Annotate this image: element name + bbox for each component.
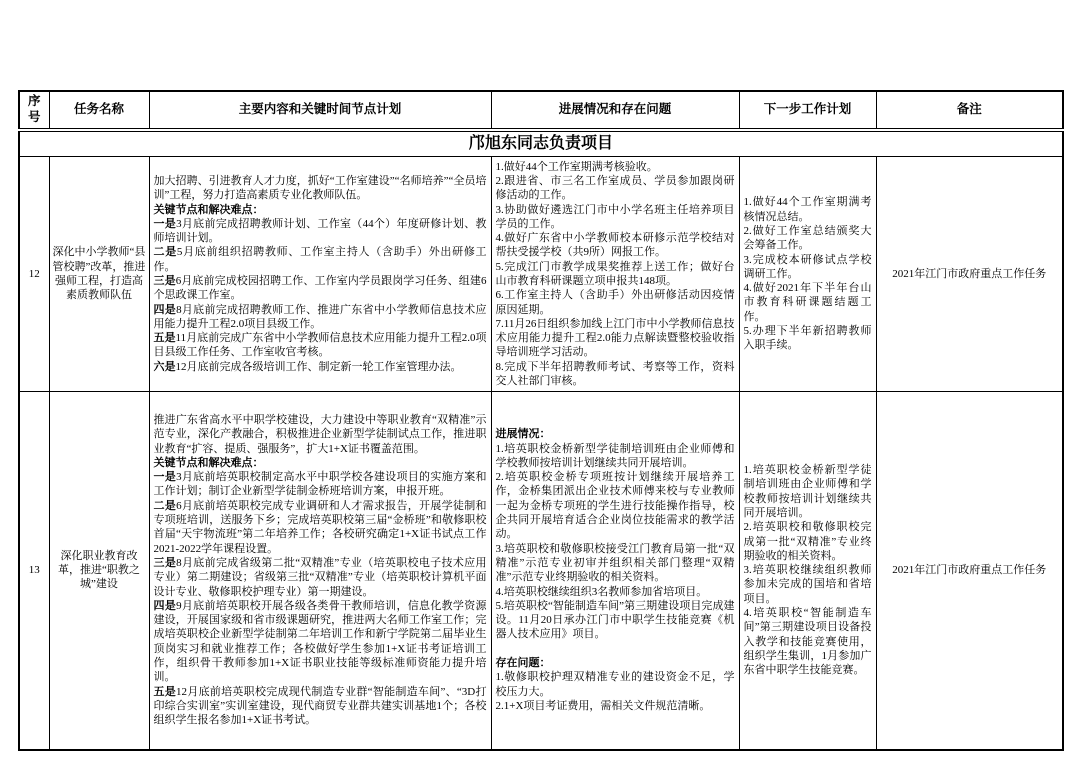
paragraph: 五是11月底前完成广东省中小学教师信息技术应用能力提升工程2.0项目县级工作任务… [154, 331, 487, 360]
section-row: 邝旭东同志负责项目 [19, 130, 1063, 157]
paragraph: 5.培英职校“智能制造车间”第三期建设项目完成建设。11月20日承办江门市中职学… [496, 599, 735, 642]
task-row: 12深化中小学教师“县管校聘”改革，推进强师工程，打造高素质教师队伍加大招聘、引… [19, 157, 1063, 392]
paragraph: 4.培英职校继续组织3名教师参加省培项目。 [496, 585, 735, 599]
header-row: 序号 任务名称 主要内容和关键时间节点计划 进展情况和存在问题 下一步工作计划 … [19, 91, 1063, 130]
cell-next-steps: 1.做好44个工作室期满考核情况总结。2.做好工作室总结颁奖大会筹备工作。3.完… [739, 157, 876, 392]
paragraph: 存在问题： [496, 656, 735, 670]
paragraph: 3.培英职校和敬修职校接受江门教育局第一批“双精准”示范专业初审并组织相关部门整… [496, 542, 735, 585]
paragraph: 1.做好44个工作室期满考核情况总结。 [744, 195, 872, 224]
paragraph: 一是3月底前完成招聘教师计划、工作室（44个）年度研修计划、教师培训计划。 [154, 217, 487, 246]
paragraph: 进展情况： [496, 427, 735, 441]
cell-next-steps: 1.培英职校金桥新型学徒制培训班由企业师傅和学校教师按培训计划继续共同开展培训。… [739, 392, 876, 750]
col-header-main-content: 主要内容和关键时间节点计划 [149, 91, 491, 130]
paragraph: 4.培英职校“智能制造车间”第三期建设项目设备投入教学和技能竞赛使用，组织学生集… [744, 606, 872, 677]
section-title: 邝旭东同志负责项目 [19, 130, 1063, 157]
col-header-task-name: 任务名称 [49, 91, 149, 130]
cell-main-content: 推进广东省高水平中职学校建设，大力建设中等职业教育“双精准”示范专业，深化产教融… [149, 392, 491, 750]
paragraph: 二是6月底前培英职校完成专业调研和人才需求报告，开展学徒制和专项班培训，送服务下… [154, 499, 487, 556]
paragraph: 4.做好2021年下半年台山市教育科研课题结题工作。 [744, 281, 872, 324]
document-page: 序号 任务名称 主要内容和关键时间节点计划 进展情况和存在问题 下一步工作计划 … [0, 0, 1080, 763]
col-header-progress: 进展情况和存在问题 [491, 91, 739, 130]
paragraph: 一是3月底前培英职校制定高水平中职学校各建设项目的实施方案和工作计划；制订企业新… [154, 470, 487, 499]
task-row: 13深化职业教育改革，推进“职教之城”建设推进广东省高水平中职学校建设，大力建设… [19, 392, 1063, 750]
paragraph: 五是12月底前培英职校完成现代制造专业群“智能制造车间”、“3D打印综合实训室”… [154, 685, 487, 728]
paragraph: 5.完成江门市教学成果奖推荐上送工作；做好台山市教育科研课题立项申报共148项。 [496, 260, 735, 289]
paragraph: 三是8月底前完成省级第二批“双精准”专业（培英职校电子技术应用专业）第二期建设；… [154, 556, 487, 599]
col-header-serial: 序号 [19, 91, 49, 130]
cell-serial: 13 [19, 392, 49, 750]
cell-main-content: 加大招聘、引进教育人才力度，抓好“工作室建设”“名师培养”“全员培训”工程，努力… [149, 157, 491, 392]
paragraph: 3.培英职校继续组织教师参加未完成的国培和省培项目。 [744, 563, 872, 606]
paragraph: 关键节点和解决难点： [154, 456, 487, 470]
cell-task-name: 深化职业教育改革，推进“职教之城”建设 [49, 392, 149, 750]
paragraph: 1.做好44个工作室期满考核验收。 [496, 160, 735, 174]
paragraph: 1.敬修职校护理双精准专业的建设资金不足，学校压力大。 [496, 670, 735, 699]
paragraph: 4.做好广东省中小学教师校本研修示范学校结对帮扶受援学校（共9所）网报工作。 [496, 231, 735, 260]
col-header-next-steps: 下一步工作计划 [739, 91, 876, 130]
paragraph: 7.11月26日组织参加线上江门市中小学教师信息技术应用能力提升工程2.0能力点… [496, 317, 735, 360]
cell-task-name: 深化中小学教师“县管校聘”改革，推进强师工程，打造高素质教师队伍 [49, 157, 149, 392]
paragraph: 四是8月底前完成招聘教师工作、推进广东省中小学教师信息技术应用能力提升工程2.0… [154, 303, 487, 332]
paragraph: 8.完成下半年招聘教师考试、考察等工作，资料交人社部门审核。 [496, 360, 735, 389]
paragraph [496, 642, 735, 656]
cell-remark: 2021年江门市政府重点工作任务 [876, 157, 1063, 392]
paragraph: 2.1+X项目考证费用，需相关文件规范清晰。 [496, 699, 735, 713]
paragraph: 关键节点和解决难点： [154, 203, 487, 217]
paragraph: 3.协助做好遴选江门市中小学名班主任培养项目学员的工作。 [496, 203, 735, 232]
paragraph: 2.做好工作室总结颁奖大会筹备工作。 [744, 224, 872, 253]
col-header-remark: 备注 [876, 91, 1063, 130]
paragraph: 1.培英职校金桥新型学徒制培训班由企业师傅和学校教师按培训计划继续共同开展培训。 [496, 442, 735, 471]
paragraph: 2.培英职校金桥专项班按计划继续开展培养工作，金桥集团派出企业技术师傅来校与专业… [496, 470, 735, 541]
paragraph: 四是9月底前培英职校开展各级各类骨干教师培训，信息化教学资源建设，开展国家级和省… [154, 599, 487, 685]
cell-serial: 12 [19, 157, 49, 392]
cell-progress: 进展情况：1.培英职校金桥新型学徒制培训班由企业师傅和学校教师按培训计划继续共同… [491, 392, 739, 750]
paragraph: 1.培英职校金桥新型学徒制培训班由企业师傅和学校教师按培训计划继续共同开展培训。 [744, 463, 872, 520]
paragraph: 推进广东省高水平中职学校建设，大力建设中等职业教育“双精准”示范专业，深化产教融… [154, 413, 487, 456]
work-plan-table: 序号 任务名称 主要内容和关键时间节点计划 进展情况和存在问题 下一步工作计划 … [18, 90, 1064, 751]
paragraph: 3.完成校本研修试点学校调研工作。 [744, 253, 872, 282]
paragraph: 2.跟进省、市三名工作室成员、学员参加跟岗研修活动的工作。 [496, 174, 735, 203]
paragraph: 六是12月底前完成各级培训工作、制定新一轮工作室管理办法。 [154, 360, 487, 374]
cell-progress: 1.做好44个工作室期满考核验收。2.跟进省、市三名工作室成员、学员参加跟岗研修… [491, 157, 739, 392]
paragraph: 加大招聘、引进教育人才力度，抓好“工作室建设”“名师培养”“全员培训”工程，努力… [154, 174, 487, 203]
paragraph: 2.培英职校和敬修职校完成第一批“双精准”专业终期验收的相关资料。 [744, 520, 872, 563]
paragraph: 二是5月底前组织招聘教师、工作室主持人（含助手）外出研修工作。 [154, 245, 487, 274]
paragraph: 5.办理下半年新招聘教师入职手续。 [744, 324, 872, 353]
paragraph: 6.工作室主持人（含助手）外出研修活动因疫情原因延期。 [496, 288, 735, 317]
cell-remark: 2021年江门市政府重点工作任务 [876, 392, 1063, 750]
paragraph: 三是6月底前完成校园招聘工作、工作室内学员跟岗学习任务、组建6个思政课工作室。 [154, 274, 487, 303]
